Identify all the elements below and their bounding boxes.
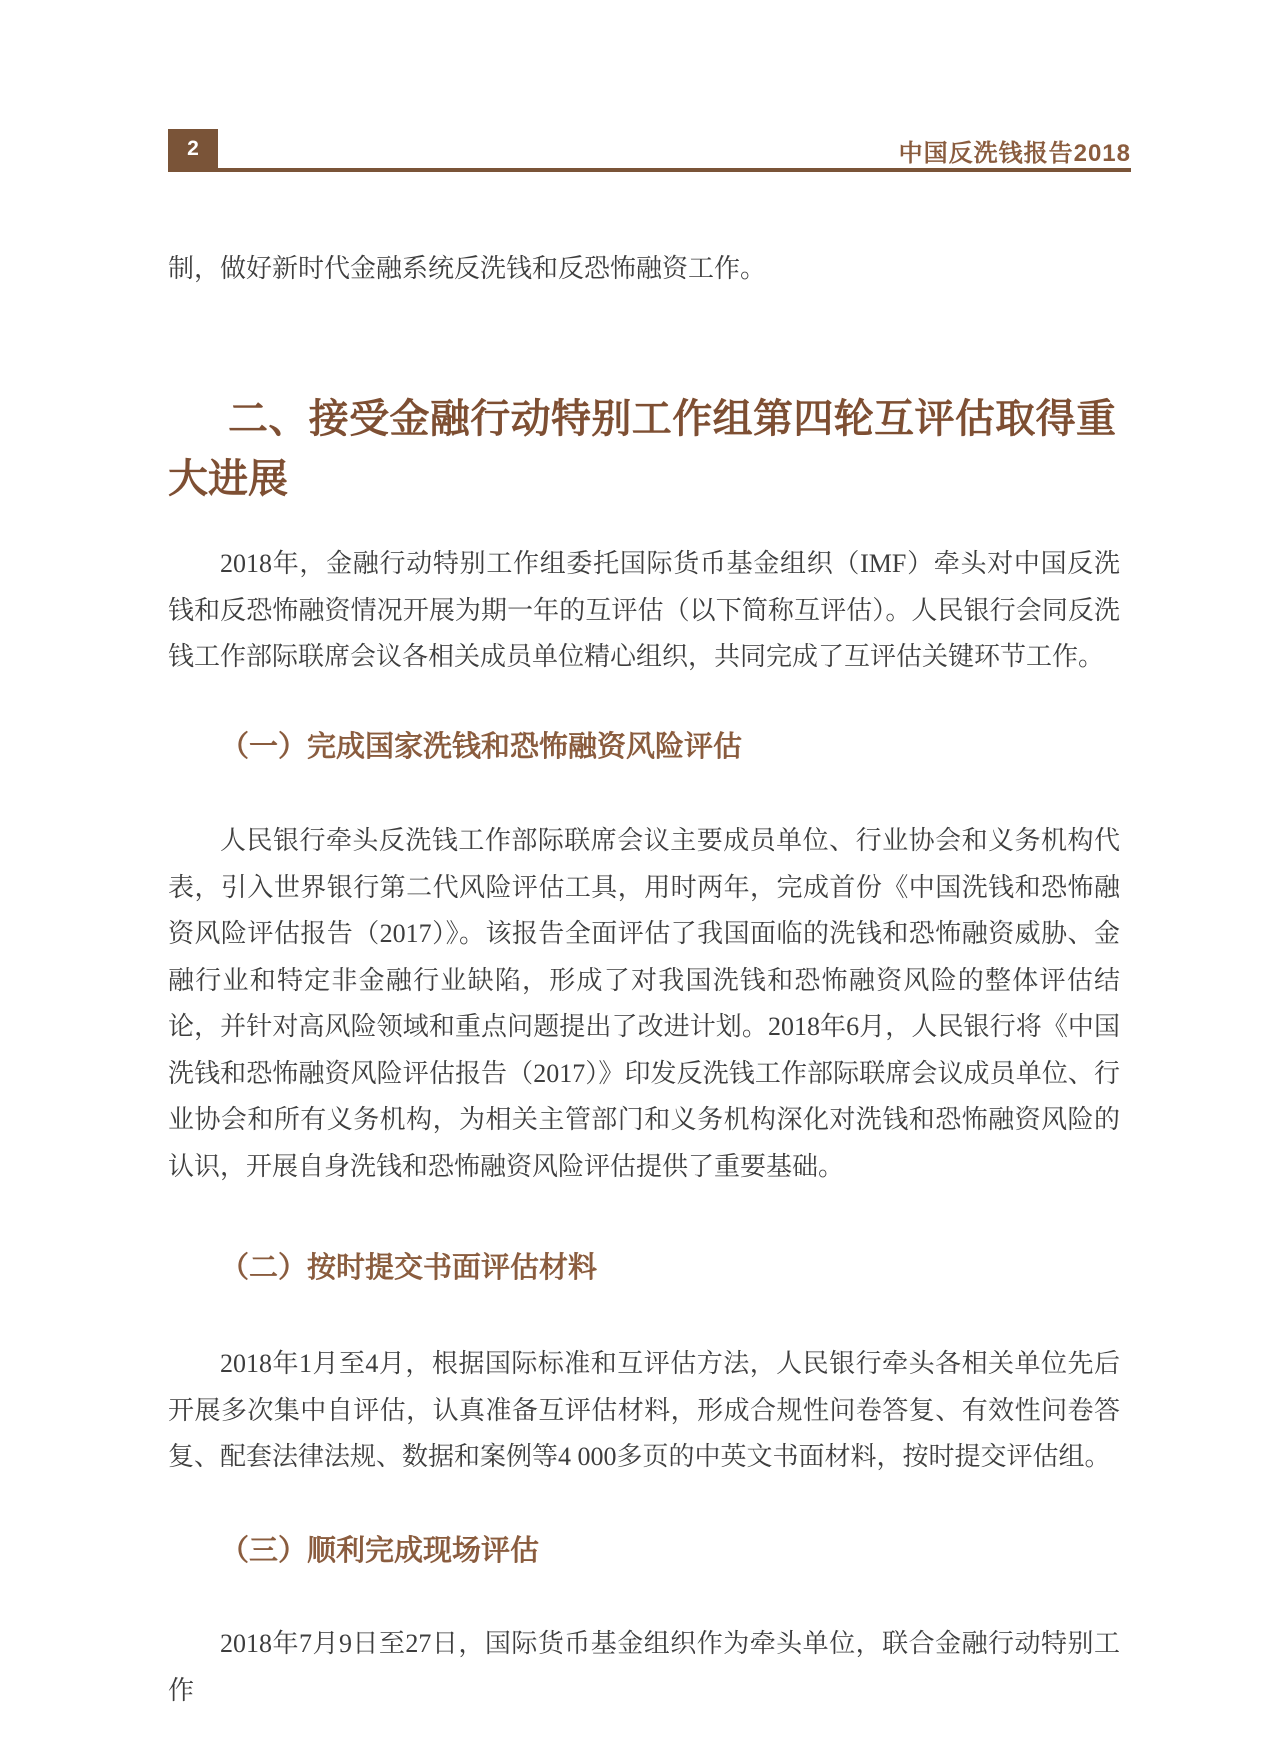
header-rule (168, 168, 1131, 172)
chapter-intro-paragraph: 2018年，金融行动特别工作组委托国际货币基金组织（IMF）牵头对中国反洗钱和反… (168, 541, 1120, 681)
carryover-paragraph: 制，做好新时代金融系统反洗钱和反恐怖融资工作。 (168, 246, 1120, 293)
subsection-3-heading: （三）顺利完成现场评估 (220, 1533, 1120, 1569)
subsection-3-paragraph: 2018年7月9日至27日，国际货币基金组织作为牵头单位，联合金融行动特别工作 (168, 1621, 1120, 1714)
subsection-2-heading: （二）按时提交书面评估材料 (220, 1250, 1120, 1286)
report-page: 2 中国反洗钱报告2018 制，做好新时代金融系统反洗钱和反恐怖融资工作。 二、… (0, 0, 1280, 1737)
chapter-heading: 二、接受金融行动特别工作组第四轮互评估取得重大进展 (168, 389, 1116, 509)
subsection-2-paragraph: 2018年1月至4月，根据国际标准和互评估方法，人民银行牵头各相关单位先后开展多… (168, 1341, 1120, 1481)
subsection-1-heading: （一）完成国家洗钱和恐怖融资风险评估 (220, 729, 1120, 765)
page-number-badge: 2 (168, 129, 218, 168)
report-title: 中国反洗钱报告2018 (899, 133, 1131, 168)
page-number: 2 (187, 137, 199, 161)
subsection-1-paragraph: 人民银行牵头反洗钱工作部际联席会议主要成员单位、行业协会和义务机构代表，引入世界… (168, 818, 1120, 1190)
